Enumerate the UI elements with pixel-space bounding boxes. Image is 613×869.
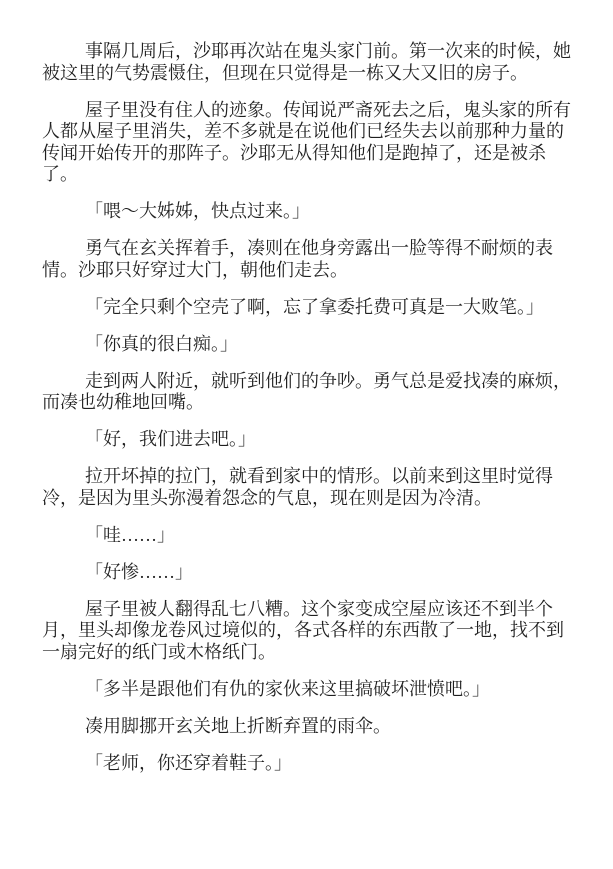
paragraph-narration-6: 屋子里被人翻得乱七八糟。这个家变成空屋应该还不到半个月，里头却像龙卷风过境似的，…: [42, 599, 572, 664]
paragraph-dialogue-6: 「好惨……」: [42, 562, 572, 584]
paragraph-dialogue-4: 「好，我们进去吧。」: [42, 429, 572, 451]
paragraph-narration-1: 事隔几周后，沙耶再次站在鬼头家门前。第一次来的时候，她被这里的气势震慑住，但现在…: [42, 41, 572, 84]
paragraph-dialogue-7: 「多半是跟他们有仇的家伙来这里搞破坏泄愤吧。」: [42, 679, 572, 701]
paragraph-narration-5: 拉开坏掉的拉门，就看到家中的情形。以前来到这里时觉得冷，是因为里头弥漫着怨念的气…: [42, 466, 572, 509]
paragraph-dialogue-3: 「你真的很白痴。」: [42, 334, 572, 356]
paragraph-narration-2: 屋子里没有住人的迹象。传闻说严斋死去之后，鬼头家的所有人都从屋子里消失，差不多就…: [42, 100, 572, 186]
paragraph-narration-4: 走到两人附近，就听到他们的争吵。勇气总是爱找凑的麻烦，而凑也幼稚地回嘴。: [42, 371, 572, 414]
paragraph-narration-7: 凑用脚挪开玄关地上折断弃置的雨伞。: [42, 716, 572, 738]
novel-page: 事隔几周后，沙耶再次站在鬼头家门前。第一次来的时候，她被这里的气势震慑住，但现在…: [0, 0, 613, 869]
paragraph-dialogue-2: 「完全只剩个空壳了啊，忘了拿委托费可真是一大败笔。」: [42, 297, 572, 319]
paragraph-dialogue-8: 「老师，你还穿着鞋子。」: [42, 753, 572, 775]
paragraph-dialogue-1: 「喂～大姊姊，快点过来。」: [42, 201, 572, 223]
paragraph-dialogue-5: 「哇……」: [42, 525, 572, 547]
paragraph-narration-3: 勇气在玄关挥着手，凑则在他身旁露出一脸等得不耐烦的表情。沙耶只好穿过大门，朝他们…: [42, 238, 572, 281]
